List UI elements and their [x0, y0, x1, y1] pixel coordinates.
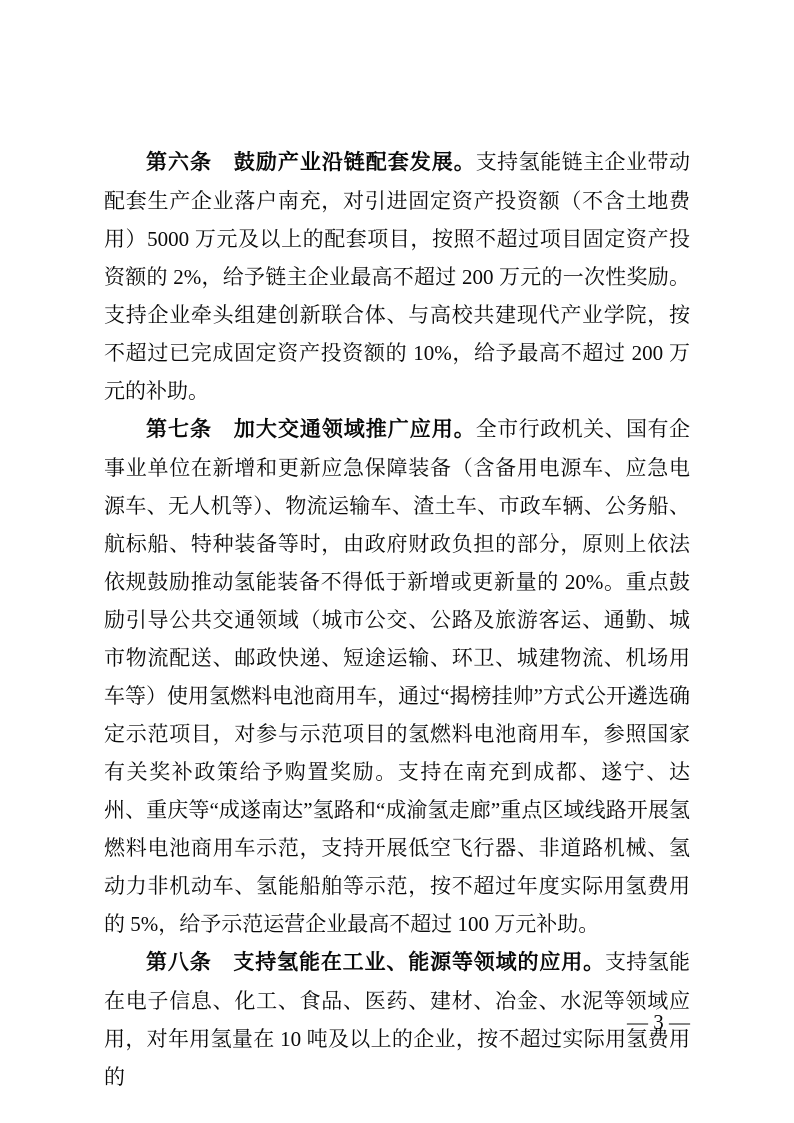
article-8-heading: 第八条 支持氢能在工业、能源等领域的应用。	[146, 951, 605, 974]
page-number: — 3 —	[627, 1008, 690, 1036]
paragraph-article-6: 第六条 鼓励产业沿链配套发展。支持氢能链主企业带动配套生产企业落户南充，对引进固…	[104, 143, 690, 410]
article-7-text: 全市行政机关、国有企事业单位在新增和更新应急保障装备（含备用电源车、应急电源车、…	[104, 417, 690, 936]
article-6-heading: 第六条 鼓励产业沿链配套发展。	[146, 151, 476, 174]
paragraph-article-7: 第七条 加大交通领域推广应用。全市行政机关、国有企事业单位在新增和更新应急保障装…	[104, 410, 690, 943]
article-7-heading: 第七条 加大交通领域推广应用。	[146, 418, 476, 441]
article-6-text: 支持氢能链主企业带动配套生产企业落户南充，对引进固定资产投资额（不含土地费用）5…	[104, 150, 690, 403]
document-page: 第六条 鼓励产业沿链配套发展。支持氢能链主企业带动配套生产企业落户南充，对引进固…	[0, 0, 794, 1123]
paragraph-article-8: 第八条 支持氢能在工业、能源等领域的应用。支持氢能在电子信息、化工、食品、医药、…	[104, 943, 690, 1096]
document-body: 第六条 鼓励产业沿链配套发展。支持氢能链主企业带动配套生产企业落户南充，对引进固…	[104, 143, 690, 1096]
